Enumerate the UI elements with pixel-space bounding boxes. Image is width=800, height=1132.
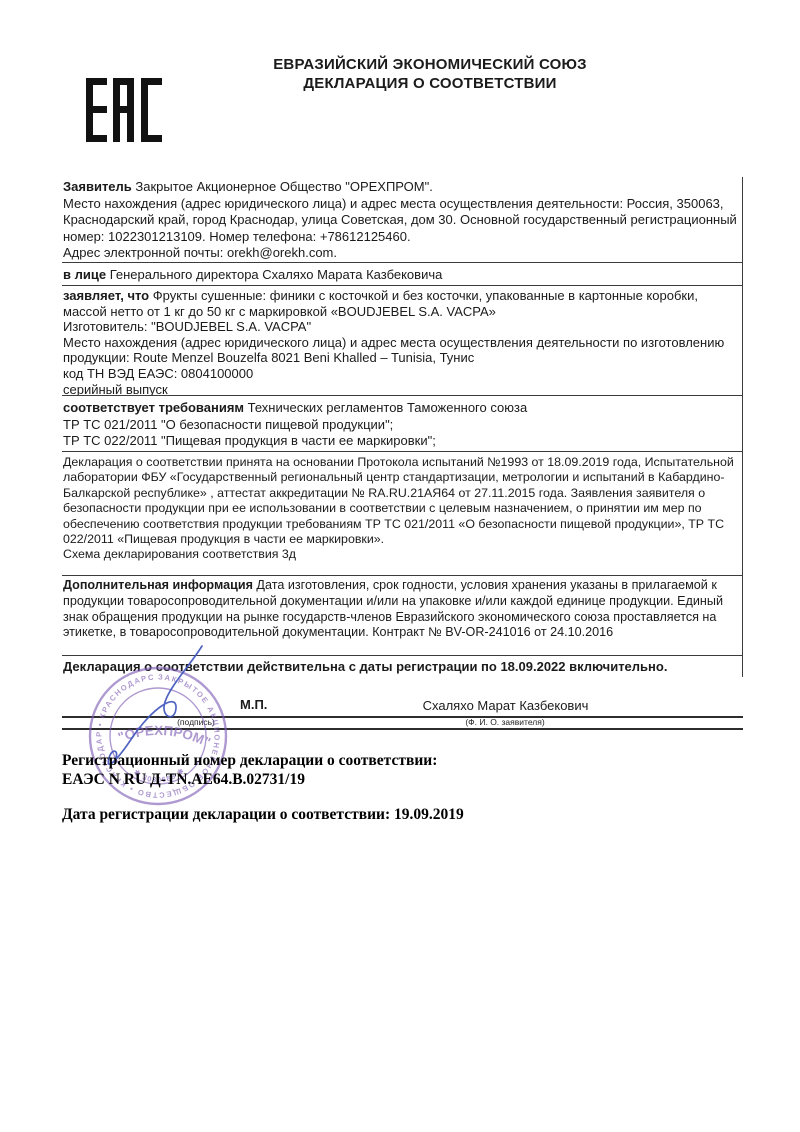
applicant-line: Заявитель Закрытое Акционерное Общество …	[63, 179, 738, 196]
regulation-2: ТР ТС 022/2011 "Пищевая продукция в част…	[63, 433, 738, 450]
union-name: ЕВРАЗИЙСКИЙ ЭКОНОМИЧЕСКИЙ СОЮЗ	[115, 55, 745, 74]
row-additional-info: Дополнительная информация Дата изготовле…	[62, 576, 742, 656]
signature-caption: (подпись)	[146, 718, 246, 727]
additional-label: Дополнительная информация	[63, 578, 253, 592]
regulation-1: ТР ТС 021/2011 "О безопасности пищевой п…	[63, 417, 738, 434]
signature-bottom-line	[62, 728, 743, 730]
row-declares: заявляет, что Фрукты сушенные: финики с …	[62, 286, 742, 396]
in-person-line: в лице Генерального директора Схаляхо Ма…	[63, 266, 738, 283]
registration-number-label: Регистрационный номер декларации о соотв…	[62, 752, 437, 770]
complies-line: соответствует требованиям Технических ре…	[63, 400, 738, 417]
serial-line: серийный выпуск	[63, 382, 738, 396]
additional-line: Дополнительная информация Дата изготовле…	[63, 578, 738, 641]
row-validity: Декларация о соответствии действительна …	[62, 656, 742, 676]
complies-value: Технических регламентов Таможенного союз…	[244, 400, 527, 415]
applicant-address: Место нахождения (адрес юридического лиц…	[63, 196, 738, 246]
applicant-value: Закрытое Акционерное Общество "ОРЕХПРОМ"…	[132, 179, 433, 194]
in-person-value: Генерального директора Схаляхо Марата Ка…	[106, 267, 442, 282]
row-in-person: в лице Генерального директора Схаляхо Ма…	[62, 263, 742, 286]
registration-date-line: Дата регистрации декларации о соответств…	[62, 806, 464, 824]
declaration-page: ЕВРАЗИЙСКИЙ ЭКОНОМИЧЕСКИЙ СОЮЗ ДЕКЛАРАЦИ…	[0, 0, 800, 1132]
applicant-label: Заявитель	[63, 179, 132, 194]
document-type: ДЕКЛАРАЦИЯ О СООТВЕТСТВИИ	[115, 74, 745, 93]
complies-label: соответствует требованиям	[63, 400, 244, 415]
scheme-line: Схема декларирования соответствия 3д	[63, 547, 738, 562]
manufacturer-address: Место нахождения (адрес юридического лиц…	[63, 335, 738, 366]
declares-line: заявляет, что Фрукты сушенные: финики с …	[63, 288, 738, 319]
declaration-table: Заявитель Закрытое Акционерное Общество …	[62, 177, 743, 677]
declares-product: Фрукты сушенные: финики с косточкой и бе…	[63, 288, 698, 319]
signer-name: Схаляхо Марат Казбекович	[363, 698, 648, 713]
registration-number: ЕАЭС N RU Д-TN.AE64.B.02731/19	[62, 771, 305, 789]
manufacturer-line: Изготовитель: "BOUDJEBEL S.A. VACPA"	[63, 319, 738, 335]
in-person-label: в лице	[63, 267, 106, 282]
row-applicant: Заявитель Закрытое Акционерное Общество …	[62, 177, 742, 263]
stamp-place-label: М.П.	[240, 697, 267, 712]
basis-text: Декларация о соответствии принята на осн…	[63, 455, 738, 547]
declares-label: заявляет, что	[63, 288, 149, 303]
name-caption: (Ф. И. О. заявителя)	[405, 718, 605, 727]
row-basis: Декларация о соответствии принята на осн…	[62, 452, 742, 576]
row-complies: соответствует требованиям Технических ре…	[62, 396, 742, 452]
document-title: ЕВРАЗИЙСКИЙ ЭКОНОМИЧЕСКИЙ СОЮЗ ДЕКЛАРАЦИ…	[115, 55, 745, 93]
applicant-email: Адрес электронной почты: orekh@orekh.com…	[63, 245, 738, 262]
validity-text: Декларация о соответствии действительна …	[63, 659, 738, 674]
tnved-code-line: код ТН ВЭД ЕАЭС: 0804100000	[63, 366, 738, 382]
